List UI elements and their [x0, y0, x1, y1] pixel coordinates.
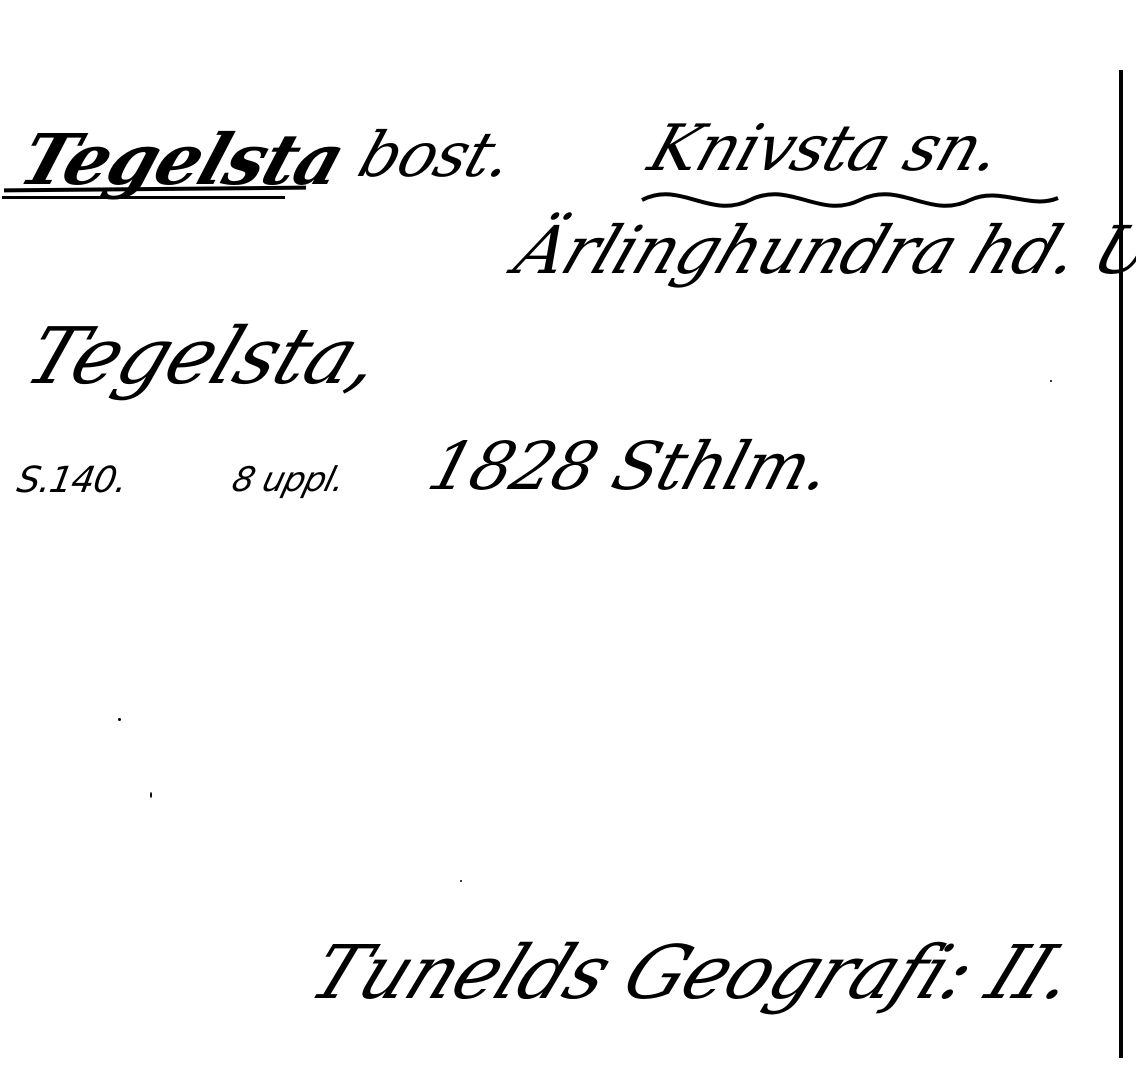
- year-and-place: 1828 Sthlm.: [420, 428, 839, 505]
- headword-qualifier: bost.: [350, 118, 522, 191]
- ink-speck: [118, 718, 121, 721]
- archive-card: Tegelsta bost. Knivsta sn. Ärlinghundra …: [0, 0, 1136, 1076]
- ink-speck: [460, 880, 462, 882]
- edition-reference: 8 uppl.: [228, 460, 348, 500]
- card-right-border: [1119, 70, 1123, 1058]
- district-name: Ärlinghundra hd. Uppl.: [505, 212, 1136, 289]
- parish-name: Knivsta sn.: [640, 112, 1010, 186]
- source-citation: Tunelds Geografi: II.: [298, 930, 1089, 1016]
- ink-speck: [150, 792, 152, 798]
- ink-speck: [1050, 380, 1052, 382]
- page-reference: S.140.: [14, 460, 130, 501]
- headword-underline-bottom: [2, 196, 285, 199]
- variant-form: Tegelsta,: [14, 312, 394, 402]
